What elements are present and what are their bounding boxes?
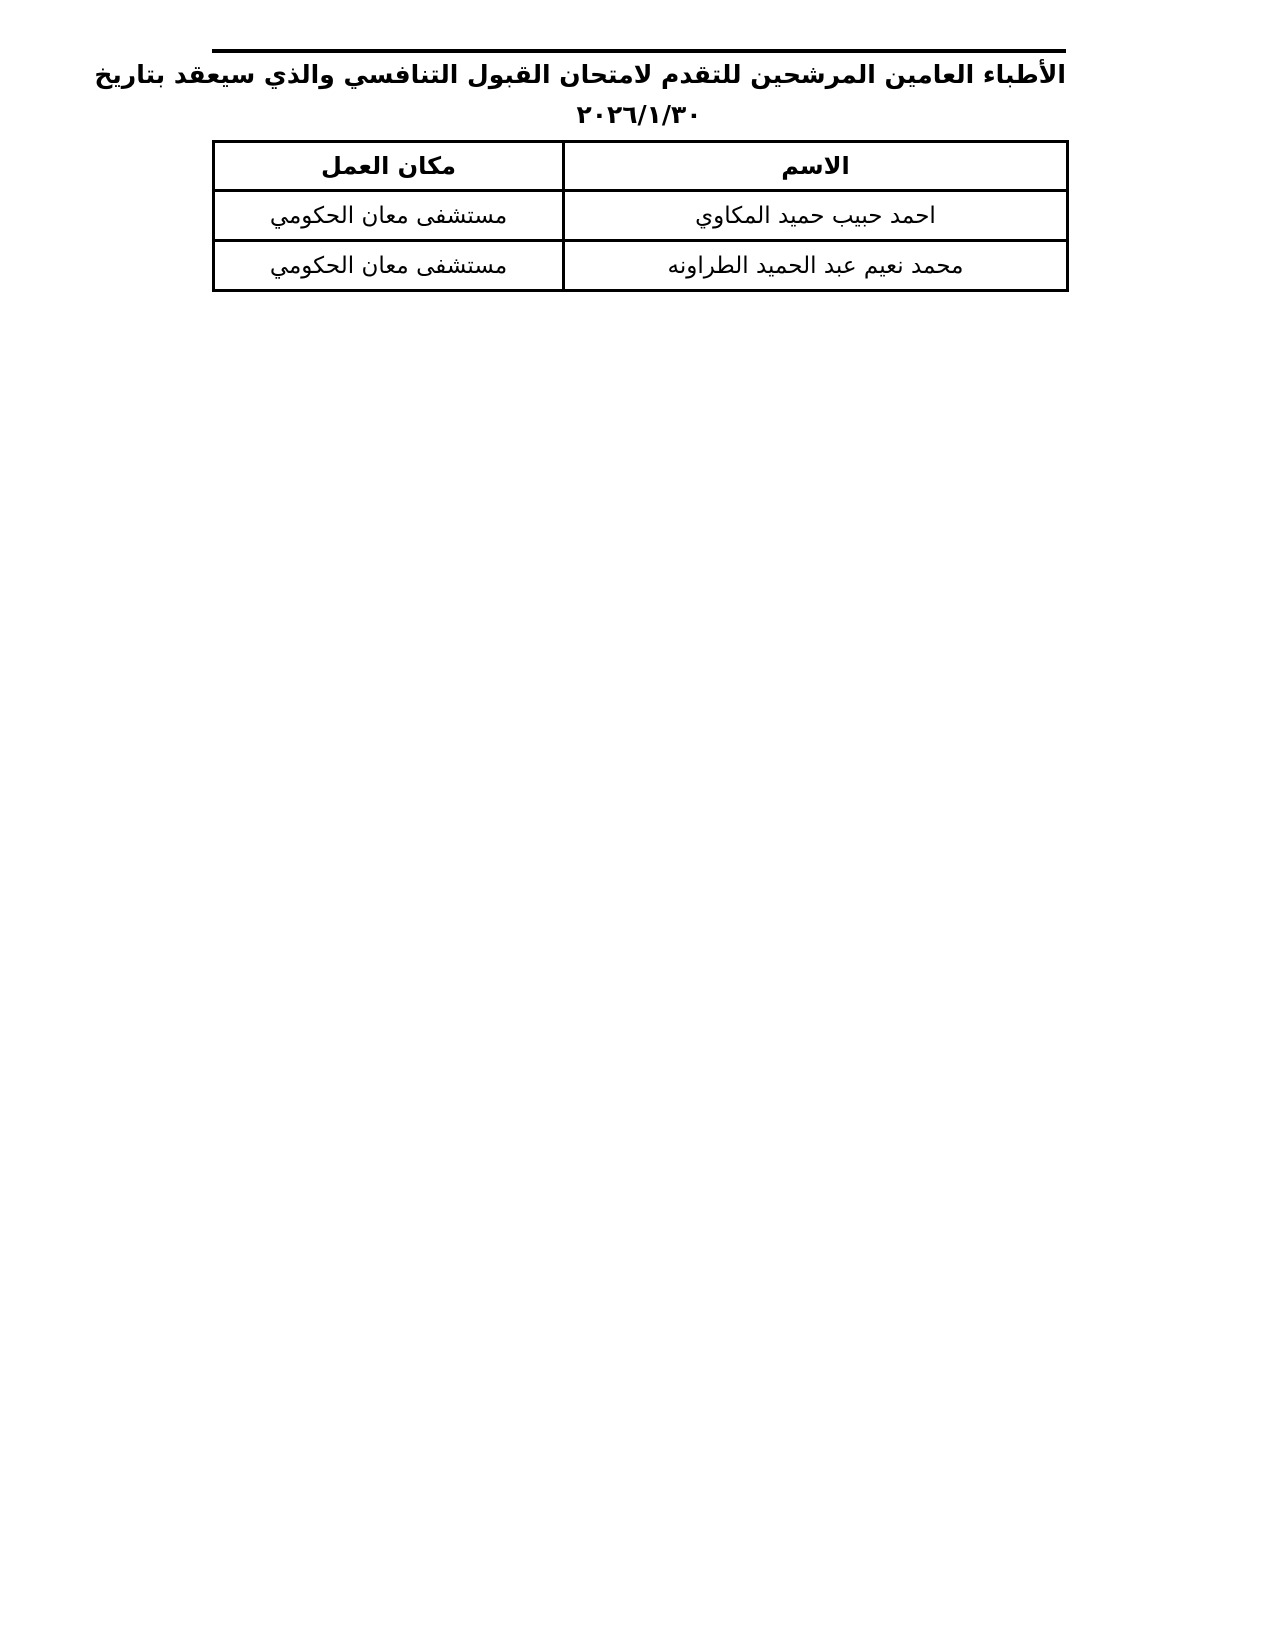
horizontal-rule <box>212 49 1066 53</box>
workplace-cell: مستشفى معان الحكومي <box>214 191 564 241</box>
table-row: محمد نعيم عبد الحميد الطراونه مستشفى معا… <box>214 241 1068 291</box>
name-cell: احمد حبيب حميد المكاوي <box>564 191 1068 241</box>
column-header-name: الاسم <box>564 142 1068 191</box>
document-page: الأطباء العامين المرشحين للتقدم لامتحان … <box>0 0 1275 1650</box>
column-header-workplace: مكان العمل <box>214 142 564 191</box>
candidates-table: الاسم مكان العمل احمد حبيب حميد المكاوي … <box>212 140 1069 292</box>
name-cell: محمد نعيم عبد الحميد الطراونه <box>564 241 1068 291</box>
workplace-cell: مستشفى معان الحكومي <box>214 241 564 291</box>
document-title: الأطباء العامين المرشحين للتقدم لامتحان … <box>212 55 1066 95</box>
document-date: ٢٠٢٦/١/٣٠ <box>212 96 1066 134</box>
table-row: احمد حبيب حميد المكاوي مستشفى معان الحكو… <box>214 191 1068 241</box>
table-header-row: الاسم مكان العمل <box>214 142 1068 191</box>
